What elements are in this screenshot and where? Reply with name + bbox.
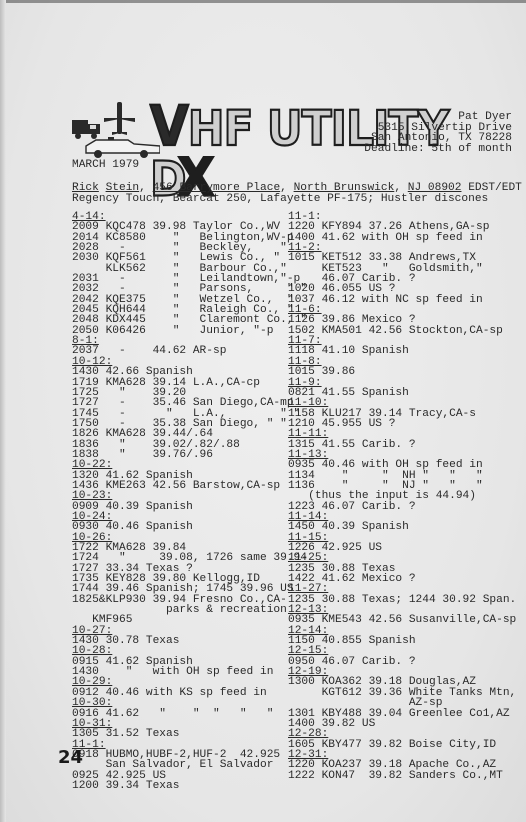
log-entry: 1826 KMA628 39.44/.64 (72, 429, 307, 439)
truck-icon (72, 120, 100, 139)
log-date-heading: 11-10: (288, 398, 516, 408)
log-entry: San Salvador, El Salvador (72, 760, 307, 770)
log-date-heading: 10-30: (72, 698, 307, 708)
editor-address: Pat Dyer 5315 Silvertip Drive San Antoni… (364, 112, 512, 154)
log-date-heading: 12-28: (288, 729, 516, 739)
scan-edge (0, 0, 526, 3)
log-column-left: 4-14:2009 KQC478 39.98 Taylor Co.,WV2014… (72, 212, 307, 791)
log-entry: 1222 KON47 39.82 Sanders Co.,MT (288, 771, 516, 781)
log-entry: 1502 KMA501 42.56 Stockton,CA-sp (288, 326, 516, 336)
deadline: Deadline: 5th of month (364, 144, 512, 155)
editor-name: Pat Dyer (364, 112, 512, 123)
logo-illustration (72, 98, 160, 158)
issue-date: MARCH 1979 (72, 159, 139, 171)
log-entry: AZ-sp (288, 698, 516, 708)
reporter-block: Rick Stein, 456 Barrymore Place, North B… (72, 183, 522, 204)
log-entry: 1220 KOA237 39.18 Apache Co.,AZ (288, 760, 516, 770)
log-entry: 1305 31.52 Texas (72, 729, 307, 739)
reporter-line: Rick Stein, 456 Barrymore Place, North B… (72, 183, 522, 194)
log-entry: 1400 41.62 with OH sp feed in (288, 233, 516, 243)
log-entry: 2050 K06426 " Junior, "-p (72, 326, 307, 336)
airplane-icon (104, 102, 135, 135)
log-entry: 1118 41.10 Spanish (288, 346, 516, 356)
log-column-right: 11-1:1220 KFY894 37.26 Athens,GA-sp1400 … (288, 212, 516, 781)
scan-shadow (0, 0, 6, 822)
log-entry: 1200 39.34 Texas (72, 781, 307, 791)
log-entry: 1430 42.66 Spanish (72, 367, 307, 377)
page-number: 24 (58, 747, 83, 768)
log-entry: 1015 39.86 (288, 367, 516, 377)
log-entry: 1037 46.12 with NC sp feed in (288, 295, 516, 305)
reporter-equipment: Regency Touch, Bearcat 250, Lafayette PF… (72, 194, 522, 205)
editor-city: San Antonio, TX 78228 (364, 133, 512, 144)
newsletter-page: VHF UTILITY DX Pat Dyer 5315 Silvertip D… (0, 0, 526, 822)
log-date-heading: 11-11: (288, 429, 516, 439)
police-car-icon (86, 137, 160, 158)
log-entry: 1727 - 35.46 San Diego,CA-mp (72, 398, 307, 408)
